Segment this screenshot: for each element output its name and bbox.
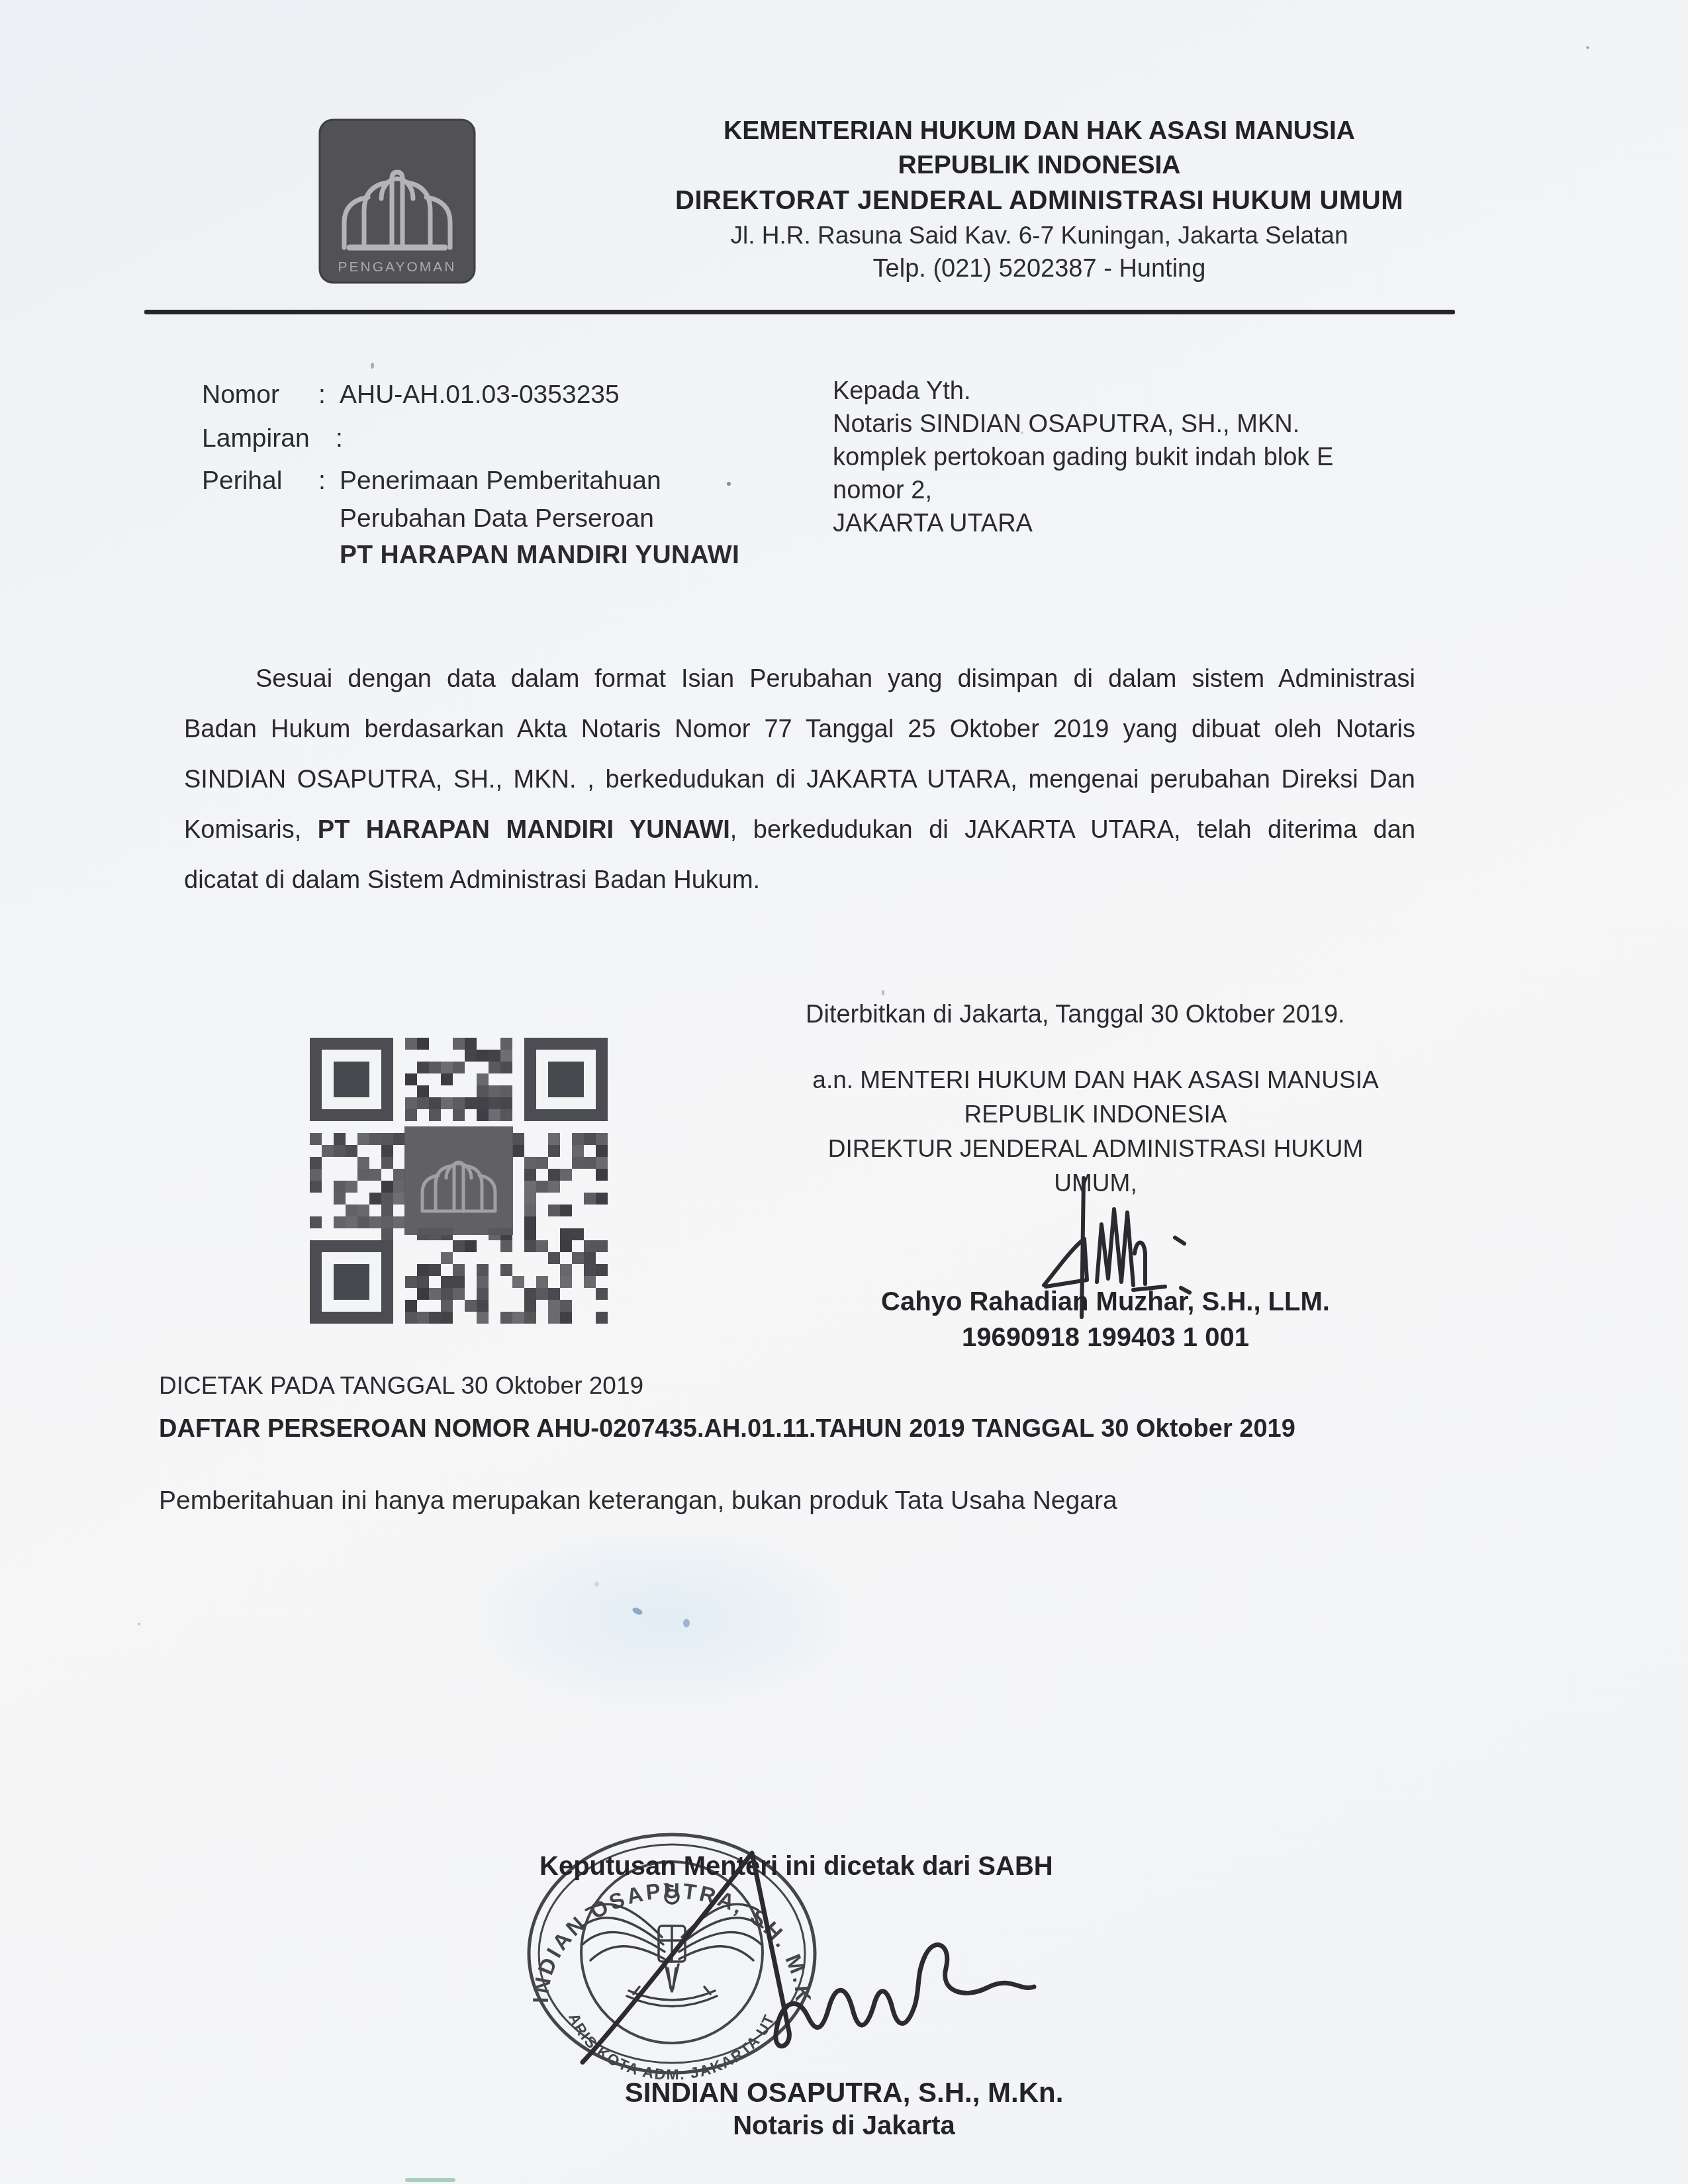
notary-name: SINDIAN OSAPUTRA, S.H., M.Kn. bbox=[579, 2077, 1109, 2109]
addressee-block: Kepada Yth. Notaris SINDIAN OSAPUTRA, SH… bbox=[833, 375, 1402, 540]
perihal-colon: : bbox=[318, 467, 326, 496]
ministry-name: KEMENTERIAN HUKUM DAN HAK ASASI MANUSIA bbox=[675, 114, 1403, 148]
body-text: , berkedudukan di JAKARTA UTARA, telah d… bbox=[730, 816, 1415, 844]
nomor-colon: : bbox=[318, 381, 326, 410]
office-address: Jl. H.R. Rasuna Said Kav. 6-7 Kuningan, … bbox=[675, 218, 1403, 252]
body-text: Komisaris, bbox=[184, 816, 318, 844]
addressee-street: komplek pertokoan gading bukit indah blo… bbox=[833, 441, 1402, 474]
body-text: Sesuai dengan data dalam format Isian Pe… bbox=[256, 665, 1415, 693]
scan-speck bbox=[1021, 432, 1023, 434]
perihal-line2: Perubahan Data Perseroan bbox=[340, 504, 654, 533]
lampiran-label: Lampiran bbox=[202, 424, 310, 453]
issued-line: Diterbitkan di Jakarta, Tanggal 30 Oktob… bbox=[806, 1001, 1345, 1029]
scan-artifact-dash bbox=[405, 2178, 455, 2182]
signer-nip: 19690918 199403 1 001 bbox=[841, 1323, 1370, 1353]
addressee-city: JAKARTA UTARA bbox=[833, 507, 1402, 540]
body-text: SINDIAN OSAPUTRA, SH., MKN. , berkeduduk… bbox=[184, 766, 1415, 794]
header-rule bbox=[144, 310, 1455, 314]
body-company-name: PT HARAPAN MANDIRI YUNAWI bbox=[318, 816, 730, 844]
nomor-value: AHU-AH.01.03-0353235 bbox=[340, 381, 620, 410]
subject-company-name: PT HARAPAN MANDIRI YUNAWI bbox=[340, 541, 739, 570]
stray-ink-dot bbox=[727, 482, 731, 486]
scan-speck bbox=[882, 990, 884, 995]
scan-speck bbox=[371, 363, 374, 369]
body-line-4: Komisaris, PT HARAPAN MANDIRI YUNAWI, be… bbox=[184, 805, 1415, 855]
addressee-name: Notaris SINDIAN OSAPUTRA, SH., MKN. bbox=[833, 408, 1402, 441]
logo-caption: PENGAYOMAN bbox=[338, 259, 457, 275]
onbehalf-republic: REPUBLIK INDONESIA bbox=[791, 1097, 1400, 1132]
body-line-5: dicatat di dalam Sistem Administrasi Bad… bbox=[184, 855, 1415, 905]
lampiran-colon: : bbox=[336, 424, 343, 453]
disclaimer-line: Pemberitahuan ini hanya merupakan ketera… bbox=[159, 1486, 1117, 1516]
directorate-name: DIREKTORAT JENDERAL ADMINISTRASI HUKUM U… bbox=[675, 183, 1403, 218]
signer-name: Cahyo Rahadian Muzhar, S.H., LLM. bbox=[841, 1287, 1370, 1317]
notary-signature bbox=[556, 1839, 1072, 2090]
perihal-label: Perihal bbox=[202, 467, 282, 496]
ink-spot bbox=[683, 1619, 690, 1627]
ink-smudge bbox=[477, 1529, 847, 1707]
notary-title: Notaris di Jakarta bbox=[579, 2111, 1109, 2141]
scan-speck bbox=[1586, 46, 1589, 49]
nomor-label: Nomor bbox=[202, 381, 279, 410]
body-line-1: Sesuai dengan data dalam format Isian Pe… bbox=[184, 654, 1415, 704]
body-line-2: Badan Hukum berdasarkan Akta Notaris Nom… bbox=[184, 704, 1415, 754]
letterhead: KEMENTERIAN HUKUM DAN HAK ASASI MANUSIA … bbox=[675, 114, 1403, 286]
ink-spot bbox=[594, 1582, 599, 1586]
body-text: Badan Hukum berdasarkan Akta Notaris Nom… bbox=[184, 715, 1415, 743]
body-text: dicatat di dalam Sistem Administrasi Bad… bbox=[184, 866, 760, 894]
perihal-line1: Penerimaan Pemberitahuan bbox=[340, 467, 661, 496]
qr-code bbox=[310, 1038, 608, 1324]
ministry-logo-icon: PENGAYOMAN bbox=[318, 118, 477, 285]
republic-name: REPUBLIK INDONESIA bbox=[675, 148, 1403, 183]
onbehalf-line: a.n. MENTERI HUKUM DAN HAK ASASI MANUSIA bbox=[791, 1063, 1400, 1097]
document-page: PENGAYOMAN KEMENTERIAN HUKUM DAN HAK ASA… bbox=[0, 0, 1688, 2184]
addressee-number: nomor 2, bbox=[833, 474, 1402, 507]
addressee-salutation: Kepada Yth. bbox=[833, 375, 1402, 408]
printed-date-line: DICETAK PADA TANGGAL 30 Oktober 2019 bbox=[159, 1372, 643, 1400]
register-number-line: DAFTAR PERSEROAN NOMOR AHU-0207435.AH.01… bbox=[159, 1410, 1370, 1448]
office-phone: Telp. (021) 5202387 - Hunting bbox=[675, 252, 1403, 286]
body-line-3: SINDIAN OSAPUTRA, SH., MKN. , berkeduduk… bbox=[184, 754, 1415, 805]
scan-speck bbox=[138, 1623, 140, 1625]
